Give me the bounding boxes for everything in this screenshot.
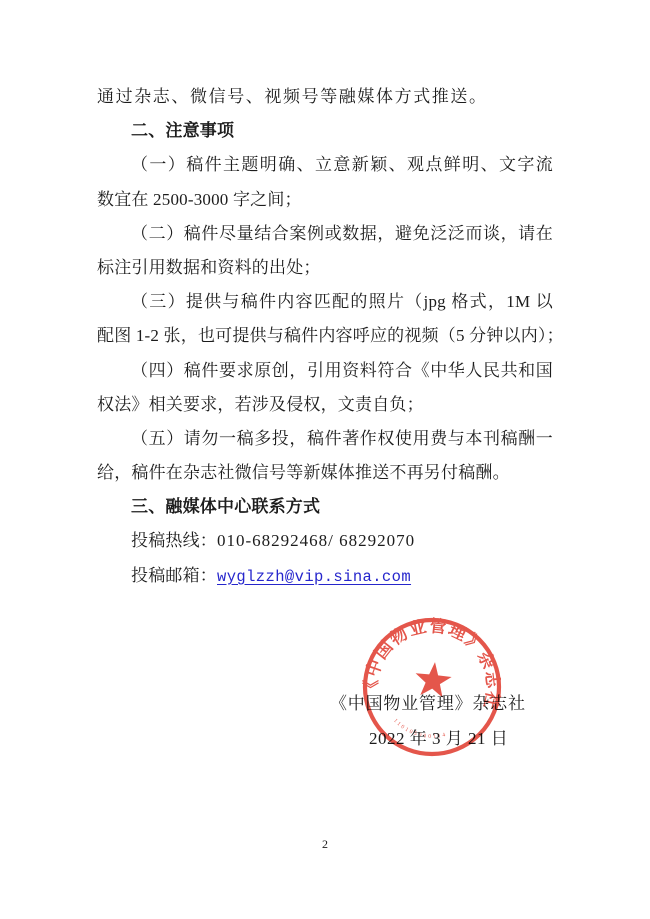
body-line: （四）稿件要求原创，引用资料符合《中华人民共和国著作: [97, 354, 553, 388]
document-page: { "doc": { "colors": { "text": "#1c1c1c"…: [0, 0, 650, 919]
body-line: （三）提供与稿件内容匹配的照片（jpg 格式，1M 以上）或: [97, 285, 553, 319]
body-line: 权法》相关要求，若涉及侵权，文责自负；: [97, 388, 553, 422]
body-line: （五）请勿一稿多投，稿件著作权使用费与本刊稿酬一并付: [97, 422, 553, 456]
body-line: 标注引用数据和资料的出处；: [97, 251, 553, 285]
body-line: （二）稿件尽量结合案例或数据，避免泛泛而谈，请在文尾: [97, 217, 553, 251]
page-number: 2: [0, 837, 650, 852]
hotline-number: 010-68292468/ 68292070: [217, 531, 415, 550]
body-text: 通过杂志、微信号、视频号等融媒体方式推送。 二、注意事项 （一）稿件主题明确、立…: [97, 80, 553, 593]
body-line: 数宜在 2500-3000 字之间；: [97, 183, 553, 217]
body-line: 通过杂志、微信号、视频号等融媒体方式推送。: [97, 80, 553, 114]
signature-date: 2022 年 3 月 21 日: [369, 728, 508, 750]
signature-org: 《中国物业管理》杂志社: [330, 693, 526, 715]
hotline-label: 投稿热线：: [131, 531, 217, 550]
contact-hotline-line: 投稿热线：010-68292468/ 68292070: [97, 524, 553, 558]
section-heading-notes: 二、注意事项: [97, 114, 553, 148]
body-line: 配图 1-2 张，也可提供与稿件内容呼应的视频（5 分钟以内）；: [97, 319, 553, 353]
contact-email-line: 投稿邮箱：wyglzzh@vip.sina.com: [97, 559, 553, 593]
email-label: 投稿邮箱：: [131, 566, 217, 585]
section-heading-contact: 三、融媒体中心联系方式: [97, 490, 553, 524]
body-line: 给，稿件在杂志社微信号等新媒体推送不再另付稿酬。: [97, 456, 553, 490]
body-line: （一）稿件主题明确、立意新颖、观点鲜明、文字流畅，字: [97, 148, 553, 182]
email-link[interactable]: wyglzzh@vip.sina.com: [217, 568, 411, 586]
